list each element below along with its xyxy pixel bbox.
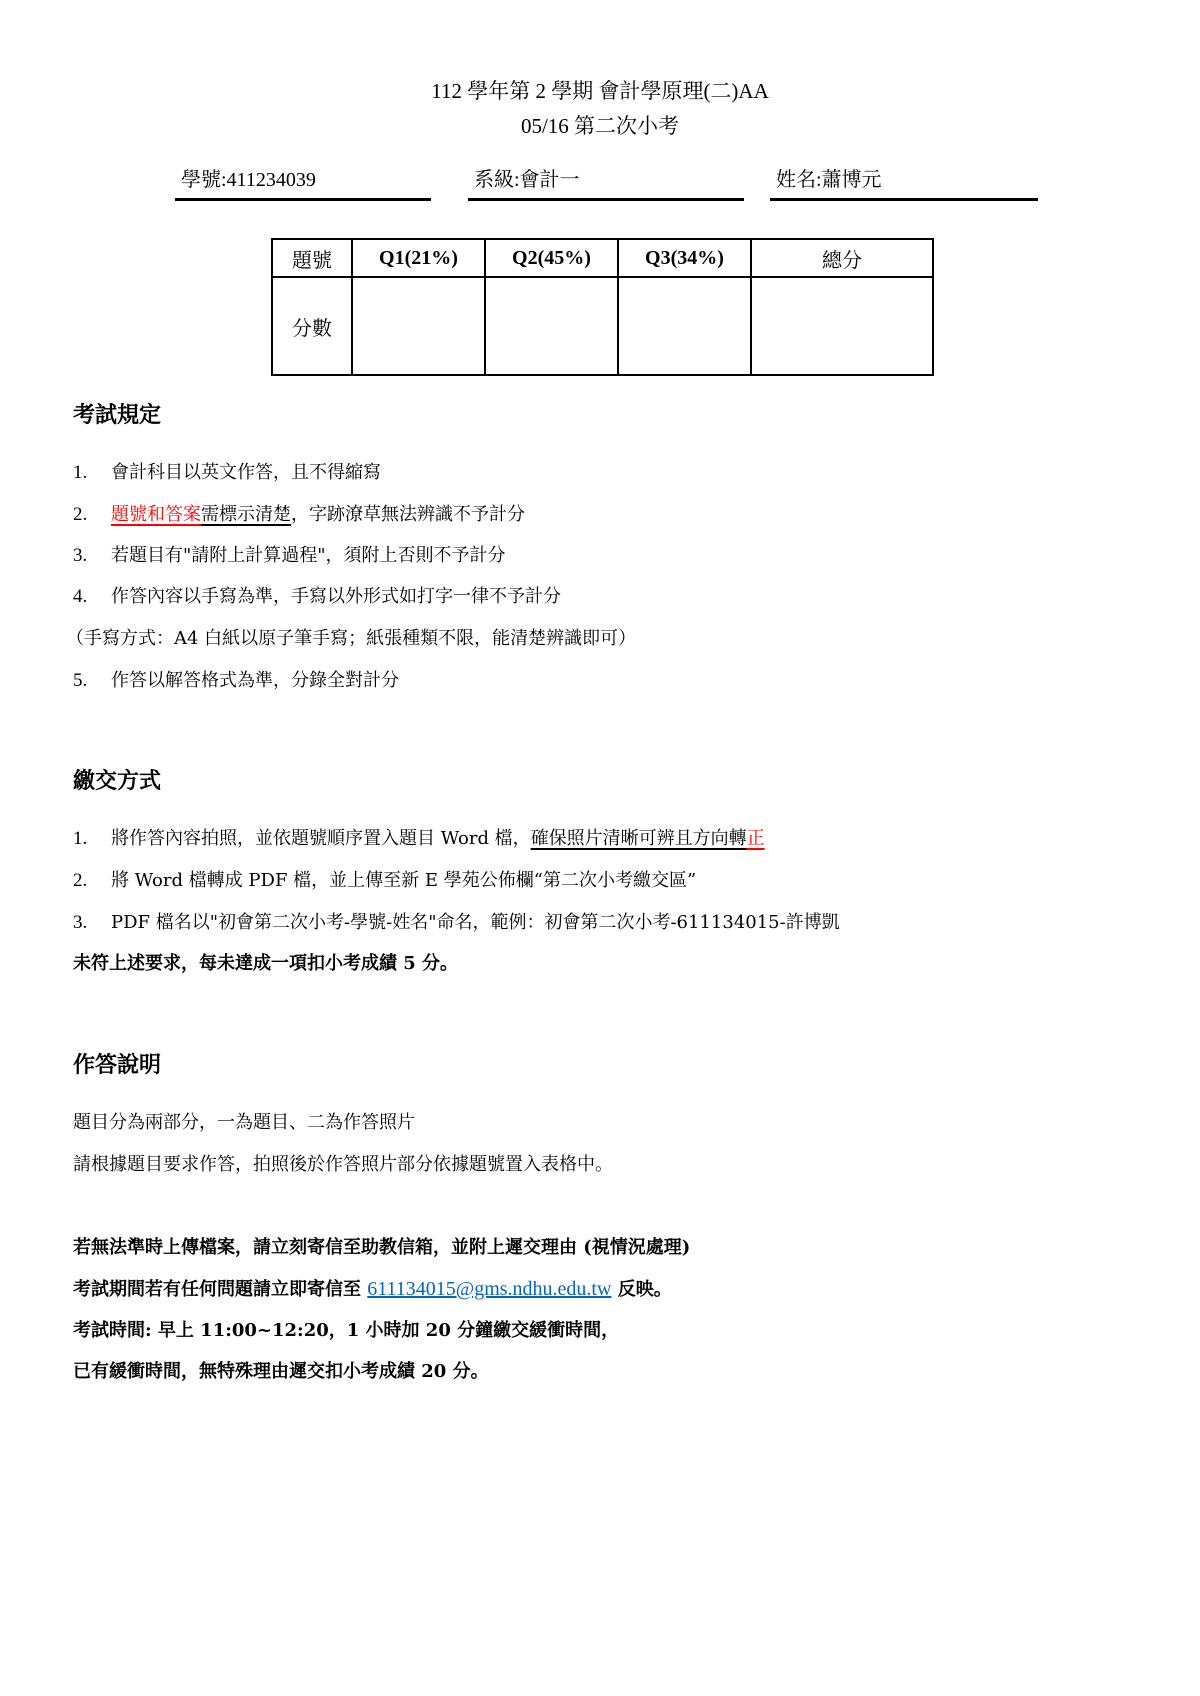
late-penalty-note: 已有緩衝時間，無特殊理由遲交扣小考成績 20 分。 <box>73 1359 489 1385</box>
rule-number: 5. <box>73 668 111 694</box>
submission-item-1: 1.將作答內容拍照，並依題號順序置入題目 Word 檔，確保照片清晰可辨且方向轉… <box>73 826 765 852</box>
rule-number: 1. <box>73 460 111 486</box>
score-table-header-row: 題號 Q1(21%) Q2(45%) Q3(34%) 總分 <box>272 239 933 277</box>
student-id-field: 學號:411234039 <box>175 167 431 201</box>
submission-heading: 繳交方式 <box>73 766 161 796</box>
instructions-heading: 作答說明 <box>73 1050 161 1080</box>
exam-time-note: 考試時間: 早上 11:00~12:20，1 小時加 20 分鐘繳交緩衝時間， <box>73 1318 619 1344</box>
rule-text: 作答以解答格式為準，分錄全對計分 <box>111 670 399 691</box>
submission-item-2: 2.將 Word 檔轉成 PDF 檔，並上傳至新 E 學苑公佈欄“第二次小考繳交… <box>73 868 696 894</box>
document-title: 112 學年第 2 學期 會計學原理(二)AA <box>0 76 1200 106</box>
submission-text: 將 Word 檔轉成 PDF 檔，並上傳至新 E 學苑公佈欄“第二次小考繳交區” <box>111 870 696 891</box>
submission-text: PDF 檔名以"初會第二次小考-學號-姓名"命名，範例：初會第二次小考-6111… <box>111 912 840 933</box>
submission-number: 1. <box>73 826 111 852</box>
late-upload-note: 若無法準時上傳檔案，請立刻寄信至助教信箱，並附上遲交理由 (視情況處理) <box>73 1235 690 1261</box>
score-cell-total <box>751 277 933 375</box>
contact-prefix: 考試期間若有任何問題請立即寄信至 <box>73 1279 367 1300</box>
submission-emphasis-underlined: 確保照片清晰可辨且方向轉 <box>531 828 747 849</box>
contact-suffix: 反映。 <box>611 1279 671 1300</box>
score-cell-q1 <box>352 277 485 375</box>
rule-number: 2. <box>73 502 111 528</box>
department-field: 系級:會計一 <box>468 167 744 201</box>
row-label-score: 分數 <box>272 277 352 375</box>
header-q2: Q2(45%) <box>485 239 618 277</box>
score-cell-q3 <box>618 277 751 375</box>
submission-text: 將作答內容拍照，並依題號順序置入題目 Word 檔， <box>111 828 531 849</box>
exam-rules-heading: 考試規定 <box>73 400 161 430</box>
rule-item-2: 2.題號和答案需標示清楚，字跡潦草無法辨識不予計分 <box>73 502 525 528</box>
rule-item-3: 3.若題目有"請附上計算過程"，須附上否則不予計分 <box>73 543 506 569</box>
name-field: 姓名:蕭博元 <box>770 167 1038 201</box>
ta-email-link[interactable]: 611134015@gms.ndhu.edu.tw <box>367 1278 611 1300</box>
submission-number: 2. <box>73 868 111 894</box>
contact-note: 考試期間若有任何問題請立即寄信至 611134015@gms.ndhu.edu.… <box>73 1276 672 1303</box>
header-q1: Q1(21%) <box>352 239 485 277</box>
rule-text: 作答內容以手寫為準，手寫以外形式如打字一律不予計分 <box>111 586 561 607</box>
submission-emphasis-red: 正 <box>747 828 765 849</box>
header-q3: Q3(34%) <box>618 239 751 277</box>
submission-number: 3. <box>73 910 111 936</box>
rule-text: ，字跡潦草無法辨識不予計分 <box>291 504 525 525</box>
rule-number: 4. <box>73 584 111 610</box>
rule-number: 3. <box>73 543 111 569</box>
rule-item-1: 1.會計科目以英文作答，且不得縮寫 <box>73 460 381 486</box>
document-subtitle: 05/16 第二次小考 <box>0 111 1200 141</box>
instructions-line-2: 請根據題目要求作答，拍照後於作答照片部分依據題號置入表格中。 <box>73 1152 613 1178</box>
instructions-line-1: 題目分為兩部分，一為題目、二為作答照片 <box>73 1110 415 1136</box>
score-cell-q2 <box>485 277 618 375</box>
header-total: 總分 <box>751 239 933 277</box>
rule-item-4-note: （手寫方式：A4 白紙以原子筆手寫；紙張種類不限，能清楚辨識即可） <box>66 626 636 652</box>
rule-text: （手寫方式：A4 白紙以原子筆手寫；紙張種類不限，能清楚辨識即可） <box>66 628 636 649</box>
rule-text: 若題目有"請附上計算過程"，須附上否則不予計分 <box>111 545 506 566</box>
header-question-number: 題號 <box>272 239 352 277</box>
rule-emphasis-red: 題號和答案 <box>111 504 201 525</box>
submission-penalty: 未符上述要求，每未達成一項扣小考成績 5 分。 <box>73 951 458 977</box>
rule-emphasis-underlined: 需標示清楚 <box>201 504 291 525</box>
score-table: 題號 Q1(21%) Q2(45%) Q3(34%) 總分 分數 <box>271 238 934 376</box>
rule-item-5: 5.作答以解答格式為準，分錄全對計分 <box>73 668 399 694</box>
score-table-score-row: 分數 <box>272 277 933 375</box>
submission-item-3: 3.PDF 檔名以"初會第二次小考-學號-姓名"命名，範例：初會第二次小考-61… <box>73 910 840 936</box>
rule-item-4: 4.作答內容以手寫為準，手寫以外形式如打字一律不予計分 <box>73 584 561 610</box>
rule-text: 會計科目以英文作答，且不得縮寫 <box>111 462 381 483</box>
